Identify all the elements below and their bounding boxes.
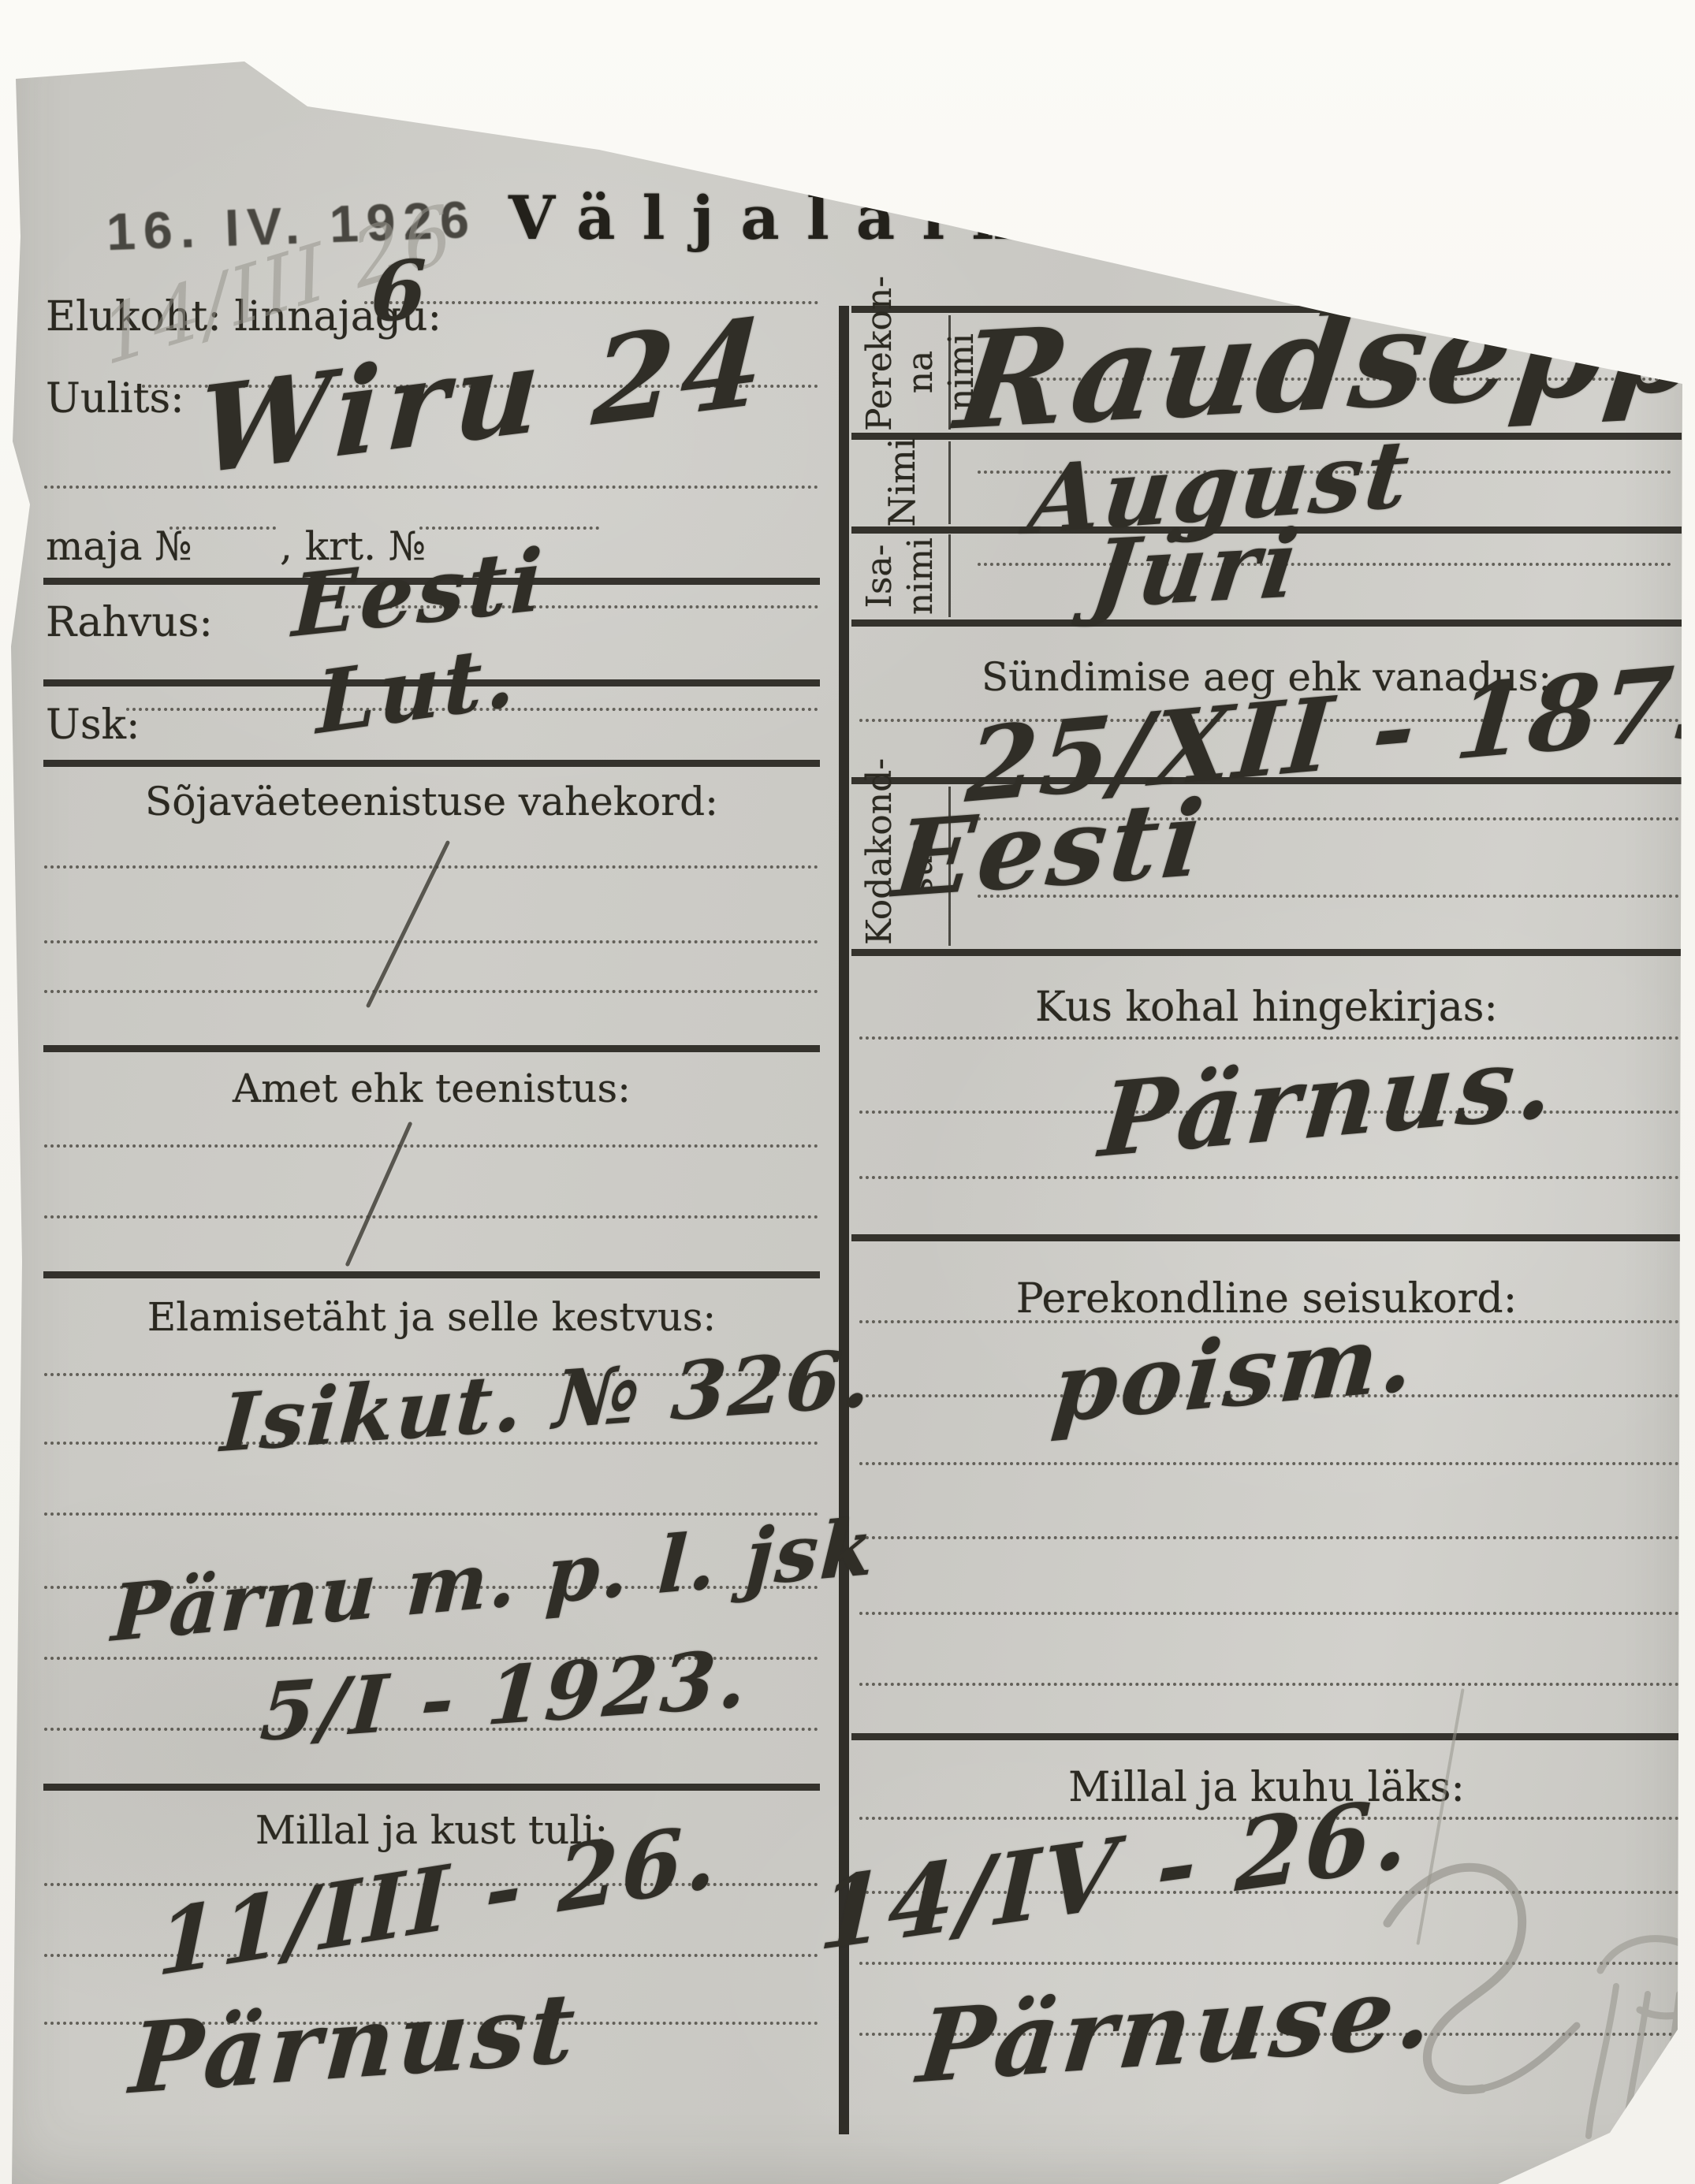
section-elamisetaht-title: Elamisetäht ja selle kestvus: <box>43 1294 820 1340</box>
handwriting-elamisetaht-line3: 5/I - 1923. <box>258 1631 753 1759</box>
elamisetaht-dotted-line <box>44 1512 818 1516</box>
uulits-dotted-line-2 <box>44 486 818 489</box>
handwriting-isanimi-value: Jüri <box>1086 508 1307 630</box>
vertical-label-nimi: Nimi <box>881 435 920 530</box>
label-separator-line <box>948 534 951 617</box>
divider-rule <box>851 1234 1682 1241</box>
field-rahvus-label: Rahvus: <box>46 599 213 646</box>
handwriting-elukoht-value: 6 <box>370 242 427 342</box>
vertical-label-line: Nimi <box>881 435 923 530</box>
divider-rule <box>43 1045 820 1052</box>
vertical-label-isanimi: Isa- nimi <box>859 529 941 623</box>
divider-rule <box>43 1271 820 1278</box>
seisukord-dotted-line <box>859 1683 1679 1686</box>
krt-dotted-leader <box>419 526 599 530</box>
divider-rule <box>43 760 820 767</box>
field-usk-label: Usk: <box>46 701 140 749</box>
seisukord-dotted-line <box>859 1612 1679 1615</box>
handwriting-tuli-place: Pärnust <box>127 1970 583 2116</box>
page-title: Väljaläin <box>508 183 1042 253</box>
vertical-label-line: Perekon- <box>859 313 900 431</box>
document-paper: 16. IV. 1926 14/III 26 Väljaläin Elukoht… <box>0 0 1695 2184</box>
pencil-scribble-icon <box>1545 1915 1695 2160</box>
handwriting-elamisetaht-line1: Isikut. № 326. <box>218 1331 876 1471</box>
sojavae-dotted-line <box>44 990 818 993</box>
hingekirjas-dotted-line <box>859 1176 1679 1179</box>
vertical-label-perekonnanimi: Perekon- na nimi <box>859 313 941 431</box>
divider-rule <box>851 1733 1682 1740</box>
amet-dotted-line <box>44 1144 818 1148</box>
scanner-bed: 16. IV. 1926 14/III 26 Väljaläin Elukoht… <box>0 0 1695 2184</box>
handwriting-hingekirjas-value: Pärnus. <box>1095 1021 1562 1181</box>
seisukord-dotted-line <box>859 1462 1679 1465</box>
field-uulits-label: Uulits: <box>46 375 184 422</box>
divider-rule <box>43 1784 820 1791</box>
sojavae-dotted-line <box>44 940 818 943</box>
vertical-label-line: Isa- <box>859 529 900 623</box>
divider-rule <box>851 949 1682 956</box>
sojavae-dotted-line <box>44 865 818 869</box>
amet-dotted-line <box>44 1215 818 1219</box>
handwriting-elamisetaht-line2: Pärnu m. p. l. jsk <box>110 1501 877 1660</box>
field-maja-label: maja № <box>46 523 192 569</box>
section-sojavae-title: Sõjaväeteenistuse vahekord: <box>43 779 820 824</box>
seisukord-dotted-line <box>859 1536 1679 1539</box>
section-amet-title: Amet ehk teenistus: <box>43 1066 820 1111</box>
handwriting-kodakondsus-value: Eesti <box>888 776 1213 921</box>
divider-rule <box>851 619 1682 627</box>
isanimi-dotted-line <box>978 563 1671 566</box>
slash-mark <box>345 1122 413 1267</box>
vertical-label-line: nimi <box>900 529 941 623</box>
